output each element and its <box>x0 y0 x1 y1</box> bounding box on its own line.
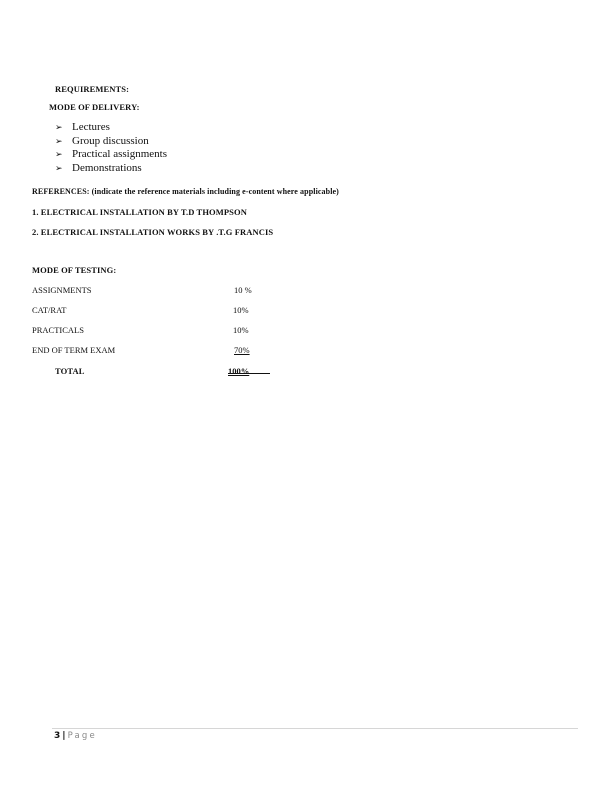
testing-row-label: PRACTICALS <box>32 325 84 335</box>
list-item: ➢Lectures <box>55 121 167 135</box>
arrow-bullet-icon: ➢ <box>55 148 72 162</box>
page-label: Page <box>68 731 97 741</box>
delivery-list: ➢Lectures ➢Group discussion ➢Practical a… <box>55 121 167 175</box>
reference-item: 2. ELECTRICAL INSTALLATION WORKS BY .T.G… <box>32 227 273 237</box>
references-heading: REFERENCES: (indicate the reference mate… <box>32 187 339 196</box>
page-number: 3 <box>54 731 60 741</box>
footer-divider <box>52 728 578 729</box>
list-item: ➢Group discussion <box>55 135 167 149</box>
testing-row-value: 10% <box>233 305 249 315</box>
list-item: ➢Demonstrations <box>55 162 167 176</box>
testing-row-value: 10% <box>233 325 249 335</box>
list-item: ➢Practical assignments <box>55 148 167 162</box>
mode-of-testing-heading: MODE OF TESTING: <box>32 265 116 275</box>
mode-of-delivery-heading: MODE OF DELIVERY: <box>49 102 140 112</box>
reference-item: 1. ELECTRICAL INSTALLATION BY T.D THOMPS… <box>32 207 247 217</box>
total-underline <box>228 373 270 374</box>
testing-row-value: 10 % <box>234 285 252 295</box>
page-footer: 3|Page <box>54 731 97 741</box>
testing-row-label: CAT/RAT <box>32 305 66 315</box>
total-value: 100% <box>228 366 249 376</box>
requirements-heading: REQUIREMENTS: <box>55 84 129 94</box>
arrow-bullet-icon: ➢ <box>55 162 72 176</box>
total-label: TOTAL <box>55 366 84 376</box>
arrow-bullet-icon: ➢ <box>55 121 72 135</box>
testing-row-label: ASSIGNMENTS <box>32 285 92 295</box>
testing-row-value: 70% <box>234 345 250 355</box>
testing-row-label: END OF TERM EXAM <box>32 345 115 355</box>
arrow-bullet-icon: ➢ <box>55 135 72 149</box>
footer-separator: | <box>62 731 65 741</box>
